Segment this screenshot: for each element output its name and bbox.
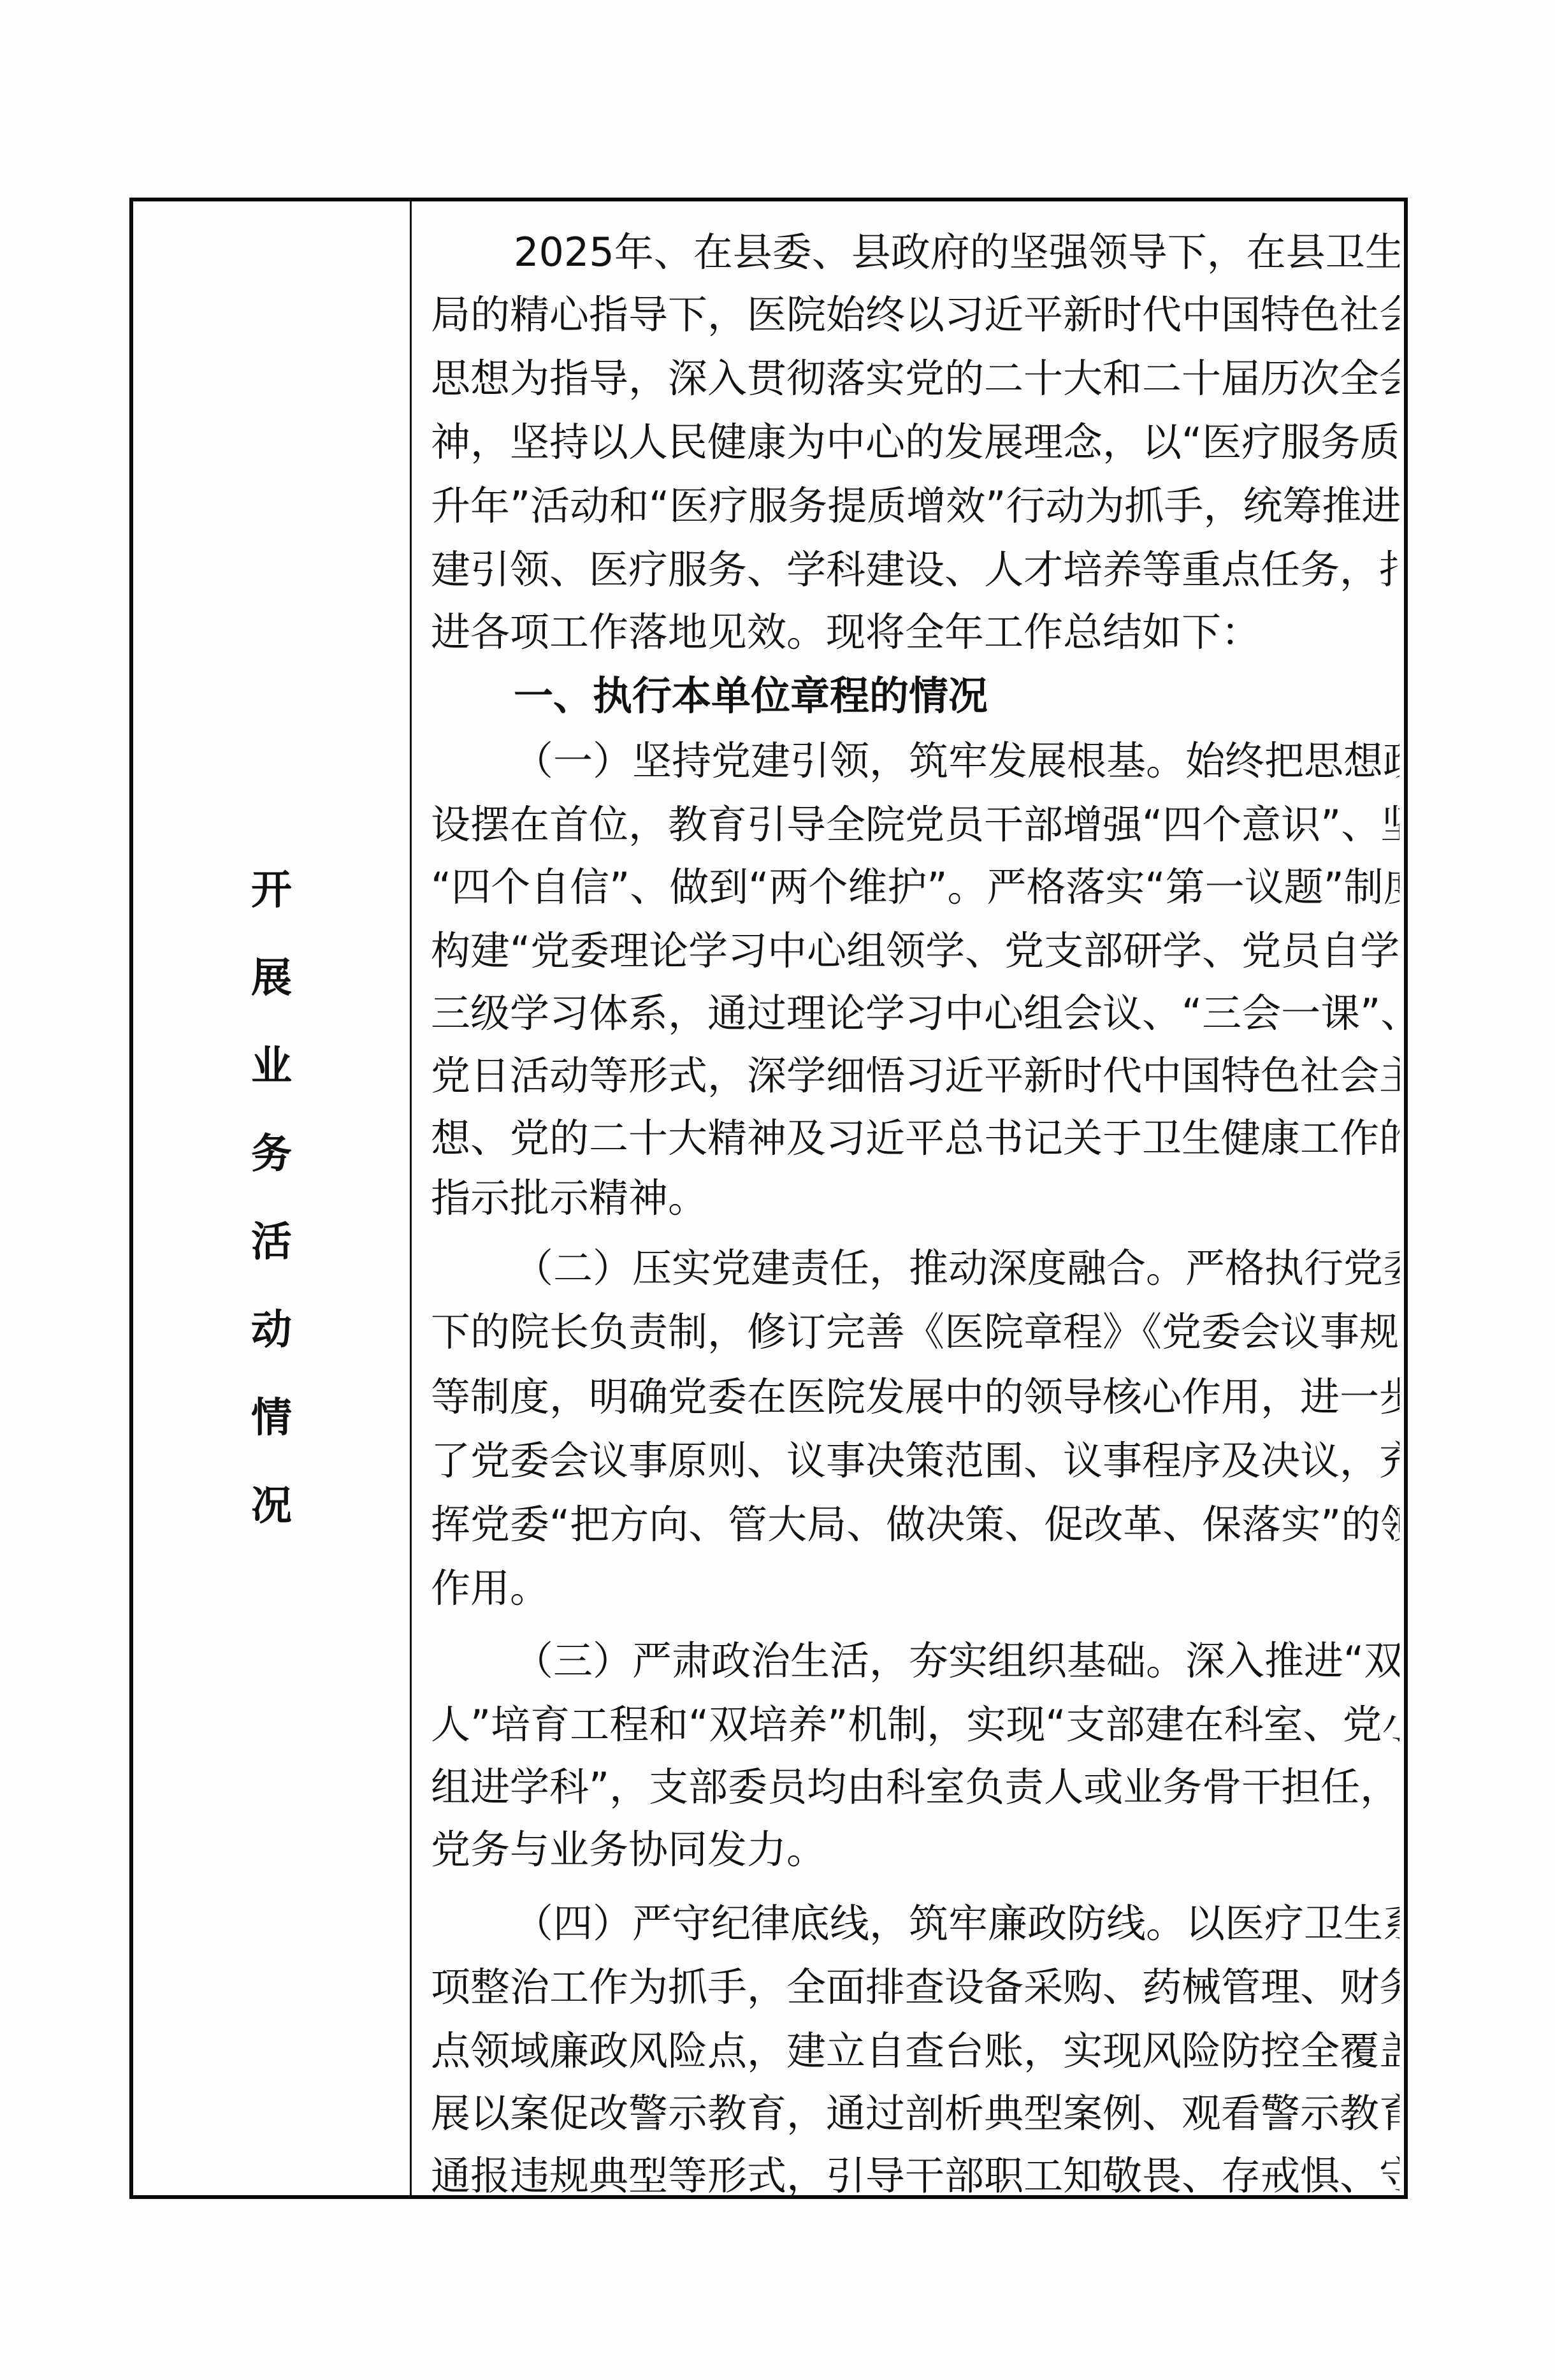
paragraph-line: 点领域廉政风险点，建立自查台账，实现风险防控全覆盖。开 bbox=[431, 2019, 1399, 2083]
paragraph-line: 设摆在首位，教育引导全院党员干部增强“四个意识”、坚定 bbox=[431, 793, 1399, 857]
paragraph-line: 想、党的二十大精神及习近平总书记关于卫生健康工作的重要 bbox=[431, 1107, 1399, 1170]
paragraph-line: 挥党委“把方向、管大局、做决策、促改革、保落实”的领导 bbox=[431, 1493, 1399, 1556]
paragraph-line: 展以案促改警示教育，通过剖析典型案例、观看警示教育片、 bbox=[431, 2082, 1399, 2145]
paragraph-line: （四）严守纪律底线，筑牢廉政防线。以医疗卫生系统专 bbox=[514, 1892, 1399, 1956]
paragraph-line: 人”培育工程和“双培养”机制，实现“支部建在科室、党小 bbox=[431, 1693, 1399, 1757]
paragraph-line: 党日活动等形式，深学细悟习近平新时代中国特色社会主义思 bbox=[431, 1044, 1399, 1108]
paragraph-line: 2025年、在县委、县政府的坚强领导下，在县卫生健康 bbox=[514, 221, 1399, 284]
paragraph-line: 下的院长负责制，修订完善《医院章程》《党委会议事规则》 bbox=[431, 1300, 1399, 1364]
paragraph-line: 建引领、医疗服务、学科建设、人才培养等重点任务，扎实推 bbox=[431, 538, 1399, 602]
row-label-cell: 开 展 业 务 活 动 情 况 bbox=[133, 201, 410, 2195]
paragraph-line: 组进学科”，支部委员均由科室负责人或业务骨干担任，推动 bbox=[431, 1755, 1399, 1819]
section-heading: 一、执行本单位章程的情况 bbox=[514, 664, 988, 728]
paragraph-line: （三）严肃政治生活，夯实组织基础。深入推进“双带头 bbox=[514, 1629, 1399, 1693]
paragraph-line: 党务与业务协同发力。 bbox=[431, 1818, 1399, 1882]
paragraph-line: 局的精心指导下，医院始终以习近平新时代中国特色社会主义 bbox=[431, 283, 1399, 347]
paragraph-line: （一）坚持党建引领，筑牢发展根基。始终把思想政治建 bbox=[514, 729, 1399, 793]
paragraph-line: 作用。 bbox=[431, 1556, 1399, 1620]
paragraph-line: 等制度，明确党委在医院发展中的领导核心作用，进一步规范 bbox=[431, 1365, 1399, 1429]
row-label-char: 业 bbox=[251, 1022, 292, 1110]
paragraph-line: 通报违规典型等形式，引导干部职工知敬畏、存戒惧、守底线。 bbox=[431, 2144, 1399, 2208]
paragraph-line: 项整治工作为抓手，全面排查设备采购、药械管理、财务等重 bbox=[431, 1956, 1399, 2019]
paragraph-line: （二）压实党建责任，推动深度融合。严格执行党委领导 bbox=[514, 1237, 1399, 1300]
row-label-char: 情 bbox=[251, 1374, 292, 1462]
document-page: 开 展 业 务 活 动 情 况 2025年、在县委、县政府的坚强领导下，在县卫生… bbox=[0, 0, 1555, 2380]
row-label-char: 开 bbox=[251, 846, 292, 934]
paragraph-line: 了党委会议事原则、议事决策范围、议事程序及决议，充分发 bbox=[431, 1429, 1399, 1493]
content-cell: 2025年、在县委、县政府的坚强领导下，在县卫生健康局的精心指导下，医院始终以习… bbox=[412, 201, 1404, 2195]
row-label-char: 动 bbox=[251, 1286, 292, 1374]
paragraph-line: 神，坚持以人民健康为中心的发展理念，以“医疗服务质量提 bbox=[431, 410, 1399, 474]
paragraph-line: 思想为指导，深入贯彻落实党的二十大和二十届历次全会精 bbox=[431, 347, 1399, 410]
paragraph-line: 三级学习体系，通过理论学习中心组会议、“三会一课”、主题 bbox=[431, 982, 1399, 1045]
row-label-char: 务 bbox=[251, 1110, 292, 1198]
paragraph-line: 升年”活动和“医疗服务提质增效”行动为抓手，统筹推进党 bbox=[431, 474, 1399, 538]
row-label-char: 展 bbox=[251, 934, 292, 1022]
form-table: 开 展 业 务 活 动 情 况 2025年、在县委、县政府的坚强领导下，在县卫生… bbox=[129, 198, 1408, 2199]
paragraph-line: 指示批示精神。 bbox=[431, 1166, 1399, 1230]
paragraph-line: “四个自信”、做到“两个维护”。严格落实“第一议题”制度， bbox=[431, 855, 1399, 919]
paragraph-line: 进各项工作落地见效。现将全年工作总结如下： bbox=[431, 600, 1399, 664]
row-label-char: 况 bbox=[251, 1462, 292, 1550]
paragraph-line: 构建“党委理论学习中心组领学、党支部研学、党员自学”的 bbox=[431, 919, 1399, 983]
row-label-char: 活 bbox=[251, 1198, 292, 1286]
